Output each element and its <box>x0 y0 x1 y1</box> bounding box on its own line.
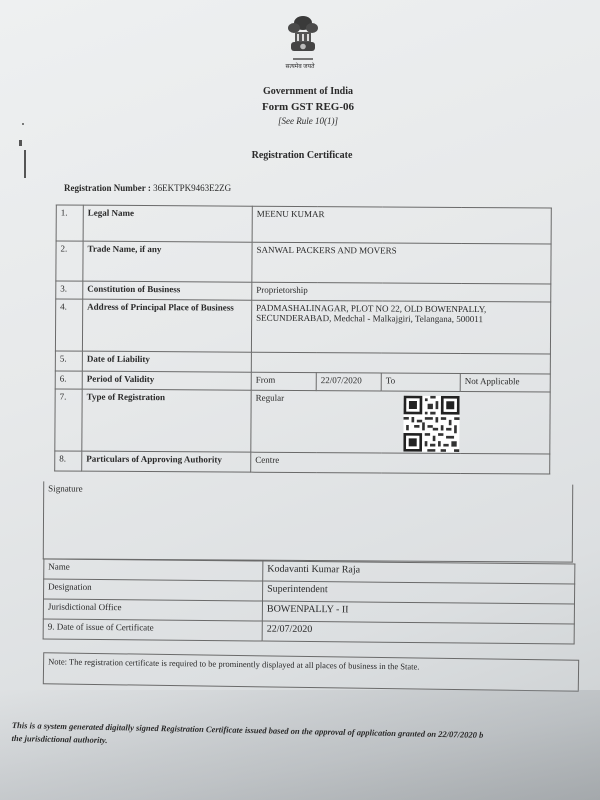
row-number: 3. <box>56 281 83 299</box>
signature-box: Signature <box>43 481 573 562</box>
field-label: Date of Liability <box>82 351 251 372</box>
date-of-liability-value <box>251 352 550 374</box>
row-number: 6. <box>55 371 82 389</box>
address-value: PADMASHALINAGAR, PLOT NO 22, OLD BOWENPA… <box>251 300 550 354</box>
row-number: 8. <box>55 451 82 471</box>
row-number: 1. <box>56 205 83 241</box>
national-emblem-icon <box>285 14 321 66</box>
from-label: From <box>251 372 316 390</box>
row-number: 7. <box>55 389 82 451</box>
validity-from-value: 22/07/2020 <box>316 373 381 391</box>
government-heading: Government of India <box>8 86 600 97</box>
validity-to-value: Not Applicable <box>460 373 550 392</box>
page-title: Registration Certificate <box>2 150 600 161</box>
row-number: 5. <box>55 351 82 371</box>
pen-mark <box>19 140 22 146</box>
field-label: Constitution of Business <box>83 281 252 300</box>
field-label: Address of Principal Place of Business <box>82 299 251 352</box>
table-row: 7. Type of Registration Regular <box>55 389 550 454</box>
form-heading: Form GST REG-06 <box>8 101 600 113</box>
table-row: 8. Particulars of Approving Authority Ce… <box>55 451 550 474</box>
registration-details-table: 1. Legal Name MEENU KUMAR 2. Trade Name,… <box>54 204 552 474</box>
table-row: 1. Legal Name MEENU KUMAR <box>56 205 551 244</box>
approving-authority-value: Centre <box>251 452 550 474</box>
registration-type-value: Regular <box>256 393 285 403</box>
field-label: 9. Date of issue of Certificate <box>43 619 262 641</box>
field-label: Name <box>44 559 263 581</box>
constitution-value: Proprietorship <box>252 282 551 302</box>
emblem-caption: सत्यमेव जयते <box>0 62 600 70</box>
qr-code-icon <box>403 396 459 452</box>
field-label: Particulars of Approving Authority <box>82 451 251 472</box>
authority-table: Name Kodavanti Kumar Raja Designation Su… <box>43 558 576 644</box>
trade-name-value: SANWAL PACKERS AND MOVERS <box>252 242 551 284</box>
row-number: 2. <box>56 241 83 281</box>
field-label: Type of Registration <box>82 389 251 452</box>
table-row: 2. Trade Name, if any SANWAL PACKERS AND… <box>56 241 551 284</box>
rule-reference: [See Rule 10(1)] <box>8 116 600 126</box>
row-number: 4. <box>55 299 82 351</box>
legal-name-value: MEENU KUMAR <box>252 206 551 244</box>
field-label: Period of Validity <box>82 371 251 390</box>
registration-number-value: 36EKTPK9463E2ZG <box>153 183 231 193</box>
signature-label: Signature <box>48 483 83 493</box>
field-label: Legal Name <box>83 205 252 242</box>
field-label: Trade Name, if any <box>83 241 252 282</box>
registration-number: Registration Number : 36EKTPK9463E2ZG <box>64 183 231 193</box>
to-label: To <box>381 373 460 391</box>
field-label: Designation <box>44 579 263 601</box>
field-label: Jurisdictional Office <box>43 599 262 621</box>
registration-number-label: Registration Number : <box>64 183 151 193</box>
issue-date-value: 22/07/2020 <box>262 621 574 644</box>
table-row: 4. Address of Principal Place of Busines… <box>55 299 550 354</box>
registration-type-cell: Regular <box>251 390 550 454</box>
